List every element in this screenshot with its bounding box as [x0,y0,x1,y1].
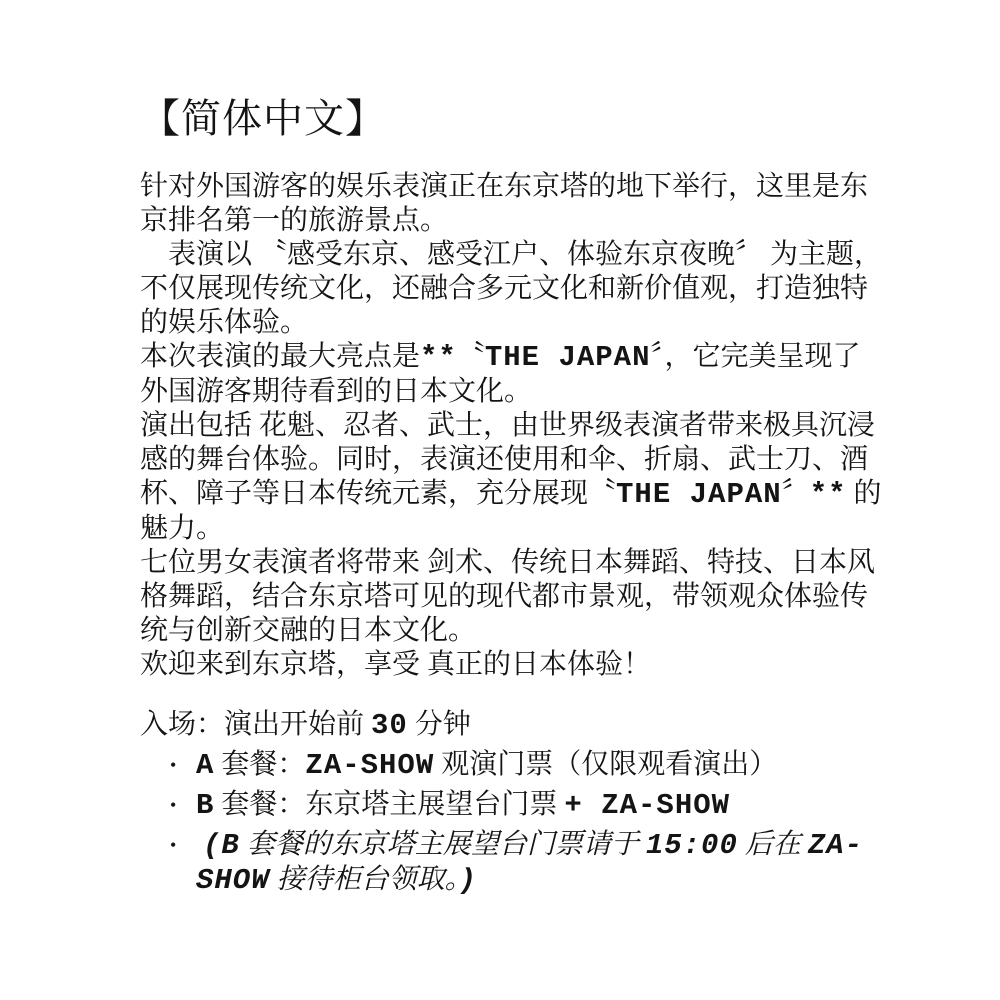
text-run: 〝 [457,341,485,372]
text-run: 接待柜台领取。 [270,864,459,895]
text-run: 30 [371,709,408,742]
page-title: 【简体中文】 [140,96,882,142]
text-run: 〝 [588,478,616,509]
list-item: • (B 套餐的东京塔主展望台门票请于 15:00 后在 ZA-SHOW 接待柜… [140,828,882,898]
bullet-icon: • [170,788,196,822]
body-paragraphs: 针对外国游客的娱乐表演正在东京塔的地下举行，这里是东京排名第一的旅游景点。 表演… [140,170,882,682]
admission-line: 入场：演出开始前 30 分钟 [140,708,882,743]
text-run: 15:00 [646,829,738,862]
text-run: 套餐： [214,749,305,780]
text-run: ) [459,864,477,897]
bullet-text: B 套餐：东京塔主展望台门票 + ZA-SHOW [196,788,882,823]
text-run: A [196,749,214,782]
text-run: 套餐的东京塔主展望台门票请于 [240,829,646,860]
text-run: 欢迎来到东京塔，享受 真正的日本体验！ [140,649,651,680]
bullet-icon: • [170,748,196,782]
text-run: 套餐：东京塔主展望台门票 [214,789,564,820]
text-run: B [196,789,214,822]
text-run: THE JAPAN [616,478,782,511]
paragraph: 七位男女表演者将带来 剑术、传统日本舞蹈、特技、日本风格舞蹈，结合东京塔可见的现… [140,546,882,648]
text-run: (B [203,829,240,862]
list-item: •B 套餐：东京塔主展望台门票 + ZA-SHOW [140,788,882,823]
document-page: 【简体中文】 针对外国游客的娱乐表演正在东京塔的地下举行，这里是东京排名第一的旅… [140,96,882,898]
text-run: 〞 [782,478,810,509]
text-run: 分钟 [408,709,471,740]
text-run: ** [420,341,457,374]
paragraph: 针对外国游客的娱乐表演正在东京塔的地下举行，这里是东京排名第一的旅游景点。 [140,170,882,238]
text-run: ZA-SHOW [305,749,434,782]
text-run: THE JAPAN [485,341,651,374]
bullet-icon: • [170,828,196,862]
text-run: 针对外国游客的娱乐表演正在东京塔的地下举行，这里是东京排名第一的旅游景点。 [140,171,868,236]
paragraph: 本次表演的最大亮点是**〝THE JAPAN〞，它完美呈现了外国游客期待看到的日… [140,340,882,409]
text-run: 入场：演出开始前 [140,709,371,740]
package-list: •A 套餐：ZA-SHOW 观演门票（仅限观看演出）•B 套餐：东京塔主展望台门… [140,748,882,898]
text-run: ** [810,478,847,511]
bullet-text: (B 套餐的东京塔主展望台门票请于 15:00 后在 ZA-SHOW 接待柜台领… [196,828,882,898]
paragraph: 演出包括 花魁、忍者、武士，由世界级表演者带来极具沉浸感的舞台体验。同时，表演还… [140,409,882,546]
paragraph: 表演以 〝感受东京、感受江户、体验东京夜晚〞 为主题，不仅展现传统文化，还融合多… [140,238,882,340]
list-item: •A 套餐：ZA-SHOW 观演门票（仅限观看演出） [140,748,882,783]
paragraph: 欢迎来到东京塔，享受 真正的日本体验！ [140,648,882,682]
text-run: + ZA-SHOW [564,789,730,822]
text-run: 观演门票（仅限观看演出） [434,749,777,780]
text-run: 本次表演的最大亮点是 [140,341,420,372]
bullet-text: A 套餐：ZA-SHOW 观演门票（仅限观看演出） [196,748,882,783]
text-run: 表演以 〝感受东京、感受江户、体验东京夜晚〞 为主题，不仅展现传统文化，还融合多… [140,239,882,338]
text-run: 后在 [738,829,808,860]
text-run [196,829,203,860]
text-run: 七位男女表演者将带来 剑术、传统日本舞蹈、特技、日本风格舞蹈，结合东京塔可见的现… [140,547,875,646]
